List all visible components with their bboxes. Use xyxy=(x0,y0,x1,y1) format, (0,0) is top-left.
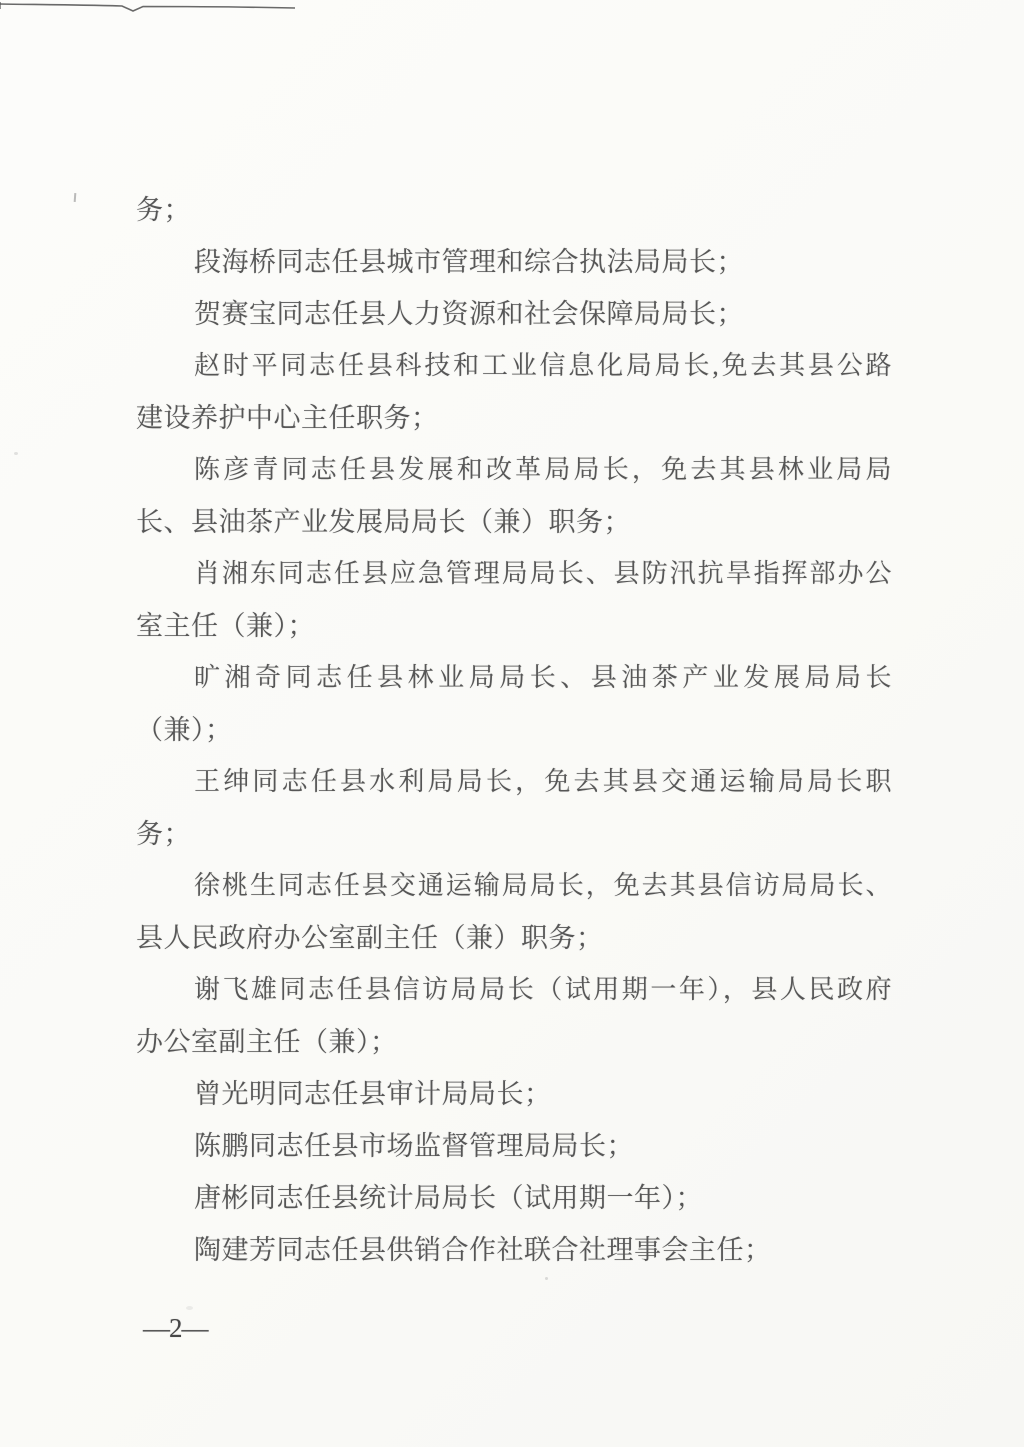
text-line: 陶建芳同志任县供销合作社联合社理事会主任； xyxy=(136,1224,892,1276)
text-line: 务； xyxy=(136,184,892,236)
text-line: 长、县油茶产业发展局局长（兼）职务； xyxy=(136,496,892,548)
text-line: 王绅同志任县水利局局长，免去其县交通运输局局长职 xyxy=(136,756,892,808)
text-line: 段海桥同志任县城市管理和综合执法局局长； xyxy=(136,236,892,288)
document-body: 务；段海桥同志任县城市管理和综合执法局局长；贺赛宝同志任县人力资源和社会保障局局… xyxy=(136,184,892,1276)
text-line: 陈彦青同志任县发展和改革局局长，免去其县林业局局 xyxy=(136,444,892,496)
text-line: 谢飞雄同志任县信访局局长（试用期一年），县人民政府 xyxy=(136,964,892,1016)
text-line: 建设养护中心主任职务； xyxy=(136,392,892,444)
text-line: 贺赛宝同志任县人力资源和社会保障局局长； xyxy=(136,288,892,340)
document-page: 务；段海桥同志任县城市管理和综合执法局局长；贺赛宝同志任县人力资源和社会保障局局… xyxy=(0,0,1024,1447)
text-line: 赵时平同志任县科技和工业信息化局局长,免去其县公路 xyxy=(136,340,892,392)
text-line: 务； xyxy=(136,808,892,860)
text-line: 旷湘奇同志任县林业局局长、县油茶产业发展局局长 xyxy=(136,652,892,704)
page-number: —2— xyxy=(143,1302,208,1354)
text-line: 室主任（兼）； xyxy=(136,600,892,652)
text-line: 陈鹏同志任县市场监督管理局局长； xyxy=(136,1120,892,1172)
text-line: 徐桃生同志任县交通运输局局长，免去其县信访局局长、 xyxy=(136,860,892,912)
text-line: 曾光明同志任县审计局局长； xyxy=(136,1068,892,1120)
text-line: 肖湘东同志任县应急管理局局长、县防汛抗旱指挥部办公 xyxy=(136,548,892,600)
text-line: 办公室副主任（兼）； xyxy=(136,1016,892,1068)
scan-artifact-line xyxy=(0,0,310,18)
text-line: 县人民政府办公室副主任（兼）职务； xyxy=(136,912,892,964)
scan-speck xyxy=(14,452,18,455)
text-line: （兼）； xyxy=(136,704,892,756)
scan-speck xyxy=(74,193,77,202)
text-line: 唐彬同志任县统计局局长（试用期一年）； xyxy=(136,1172,892,1224)
scan-speck xyxy=(545,1277,548,1280)
